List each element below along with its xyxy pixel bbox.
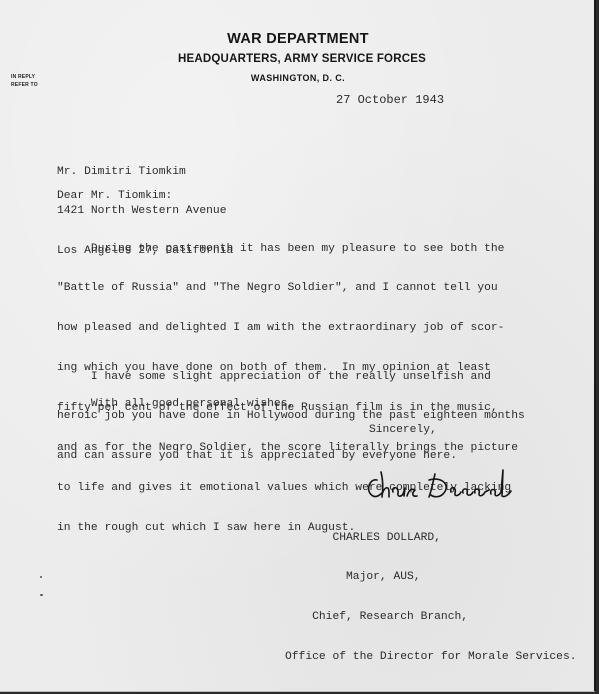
letter-page: WAR DEPARTMENT HEADQUARTERS, ARMY SERVIC… — [0, 0, 596, 692]
letterhead-headquarters: HEADQUARTERS, ARMY SERVICE FORCES — [4, 53, 599, 65]
address-line: Mr. Dimitri Tiomkim — [57, 166, 233, 179]
signer-title: Chief, Research Branch, — [285, 611, 577, 624]
complimentary-close: Sincerely, — [369, 424, 437, 437]
letterhead-location: WASHINGTON, D. C. — [0, 73, 596, 83]
body-line: how pleased and delighted I am with the … — [57, 322, 518, 335]
signature-icon — [363, 466, 513, 506]
body-line: During the past month it has been my ple… — [57, 243, 518, 256]
signer-office: Office of the Director for Morale Servic… — [285, 651, 577, 664]
paper-speck — [40, 594, 43, 596]
signature-block: CHARLES DOLLARD, Major, AUS, Chief, Rese… — [285, 505, 577, 691]
reply-note-line: IN REPLY — [11, 73, 38, 81]
signer-name: CHARLES DOLLARD, — [285, 532, 577, 545]
signer-rank: Major, AUS, — [285, 571, 577, 584]
reply-note-line: REFER TO — [11, 81, 38, 89]
body-line: I have some slight appreciation of the r… — [57, 371, 525, 384]
body-line: and can assure you that it is appreciate… — [57, 450, 525, 463]
body-line: "Battle of Russia" and "The Negro Soldie… — [57, 282, 518, 295]
reply-reference-note: IN REPLY REFER TO — [11, 73, 38, 89]
letterhead-department: WAR DEPARTMENT — [0, 31, 596, 47]
body-line: heroic job you have done in Hollywood du… — [57, 410, 525, 423]
letter-date: 27 October 1943 — [336, 94, 444, 107]
closing-wish: With all good personal wishes, — [57, 398, 294, 411]
paper-speck — [40, 576, 42, 578]
salutation: Dear Mr. Tiomkim: — [57, 190, 172, 203]
